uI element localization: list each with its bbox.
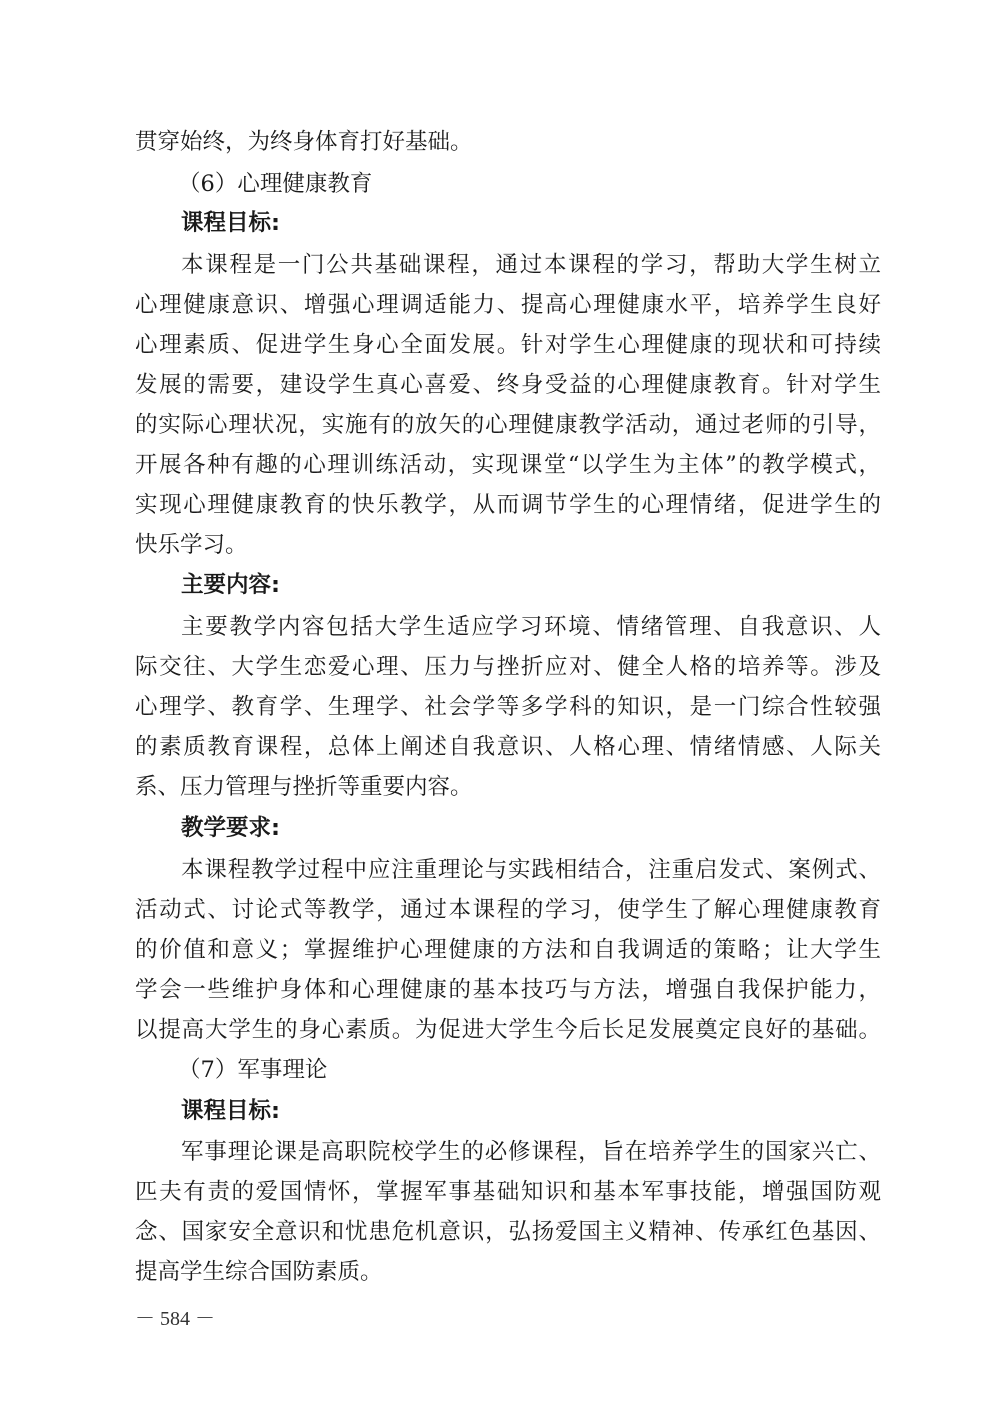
body-text-line: 系、压力管理与挫折等重要内容。	[135, 772, 881, 802]
body-text-line: 本课程教学过程中应注重理论与实践相结合，注重启发式、案例式、	[181, 855, 881, 885]
body-text-line: 军事理论课是高职院校学生的必修课程，旨在培养学生的国家兴亡、	[181, 1137, 881, 1167]
body-text-line: 学会一些维护身体和心理健康的基本技巧与方法，增强自我保护能力，	[135, 975, 881, 1005]
body-text-line: 心理学、教育学、生理学、社会学等多学科的知识，是一门综合性较强	[135, 692, 881, 722]
section-heading-psych-health: （6）心理健康教育	[178, 169, 372, 199]
body-text-line: 际交往、大学生恋爱心理、压力与挫折应对、健全人格的培养等。涉及	[135, 652, 881, 682]
body-text-line: 开展各种有趣的心理训练活动，实现课堂“以学生为主体”的教学模式，	[135, 450, 881, 480]
body-text-line: 快乐学习。	[135, 530, 881, 560]
document-page: 贯穿始终，为终身体育打好基础。 （6）心理健康教育 课程目标: 本课程是一门公共…	[0, 0, 1000, 1414]
body-text-line: 活动式、讨论式等教学，通过本课程的学习，使学生了解心理健康教育	[135, 895, 881, 925]
body-text-line: 心理健康意识、增强心理调适能力、提高心理健康水平，培养学生良好	[135, 290, 881, 320]
body-text-line: 发展的需要，建设学生真心喜爱、终身受益的心理健康教育。针对学生	[135, 370, 881, 400]
body-text-line: 实现心理健康教育的快乐教学，从而调节学生的心理情绪，促进学生的	[135, 490, 881, 520]
body-text-line: 的素质教育课程，总体上阐述自我意识、人格心理、情绪情感、人际关	[135, 732, 881, 762]
body-text-line: 念、国家安全意识和忧患危机意识，弘扬爱国主义精神、传承红色基因、	[135, 1217, 881, 1247]
subheading-teaching-requirements: 教学要求:	[181, 813, 280, 843]
body-text-line: 提高学生综合国防素质。	[135, 1257, 881, 1287]
page-number: － 584 －	[135, 1306, 215, 1332]
body-text-line: 匹夫有责的爱国情怀，掌握军事基础知识和基本军事技能，增强国防观	[135, 1177, 881, 1207]
body-text-line: 贯穿始终，为终身体育打好基础。	[135, 127, 881, 157]
body-text-line: 主要教学内容包括大学生适应学习环境、情绪管理、自我意识、人	[181, 612, 881, 642]
body-text-line: 的价值和意义；掌握维护心理健康的方法和自我调适的策略；让大学生	[135, 935, 881, 965]
body-text-line: 的实际心理状况，实施有的放矢的心理健康教学活动，通过老师的引导，	[135, 410, 881, 440]
section-heading-military-theory: （7）军事理论	[178, 1055, 327, 1085]
subheading-main-content: 主要内容:	[181, 570, 280, 600]
body-text-line: 心理素质、促进学生身心全面发展。针对学生心理健康的现状和可持续	[135, 330, 881, 360]
body-text-line: 本课程是一门公共基础课程，通过本课程的学习，帮助大学生树立	[181, 250, 881, 280]
subheading-course-goal: 课程目标:	[181, 208, 280, 238]
subheading-course-goal: 课程目标:	[181, 1096, 280, 1126]
body-text-line: 以提高大学生的身心素质。为促进大学生今后长足发展奠定良好的基础。	[135, 1015, 881, 1045]
